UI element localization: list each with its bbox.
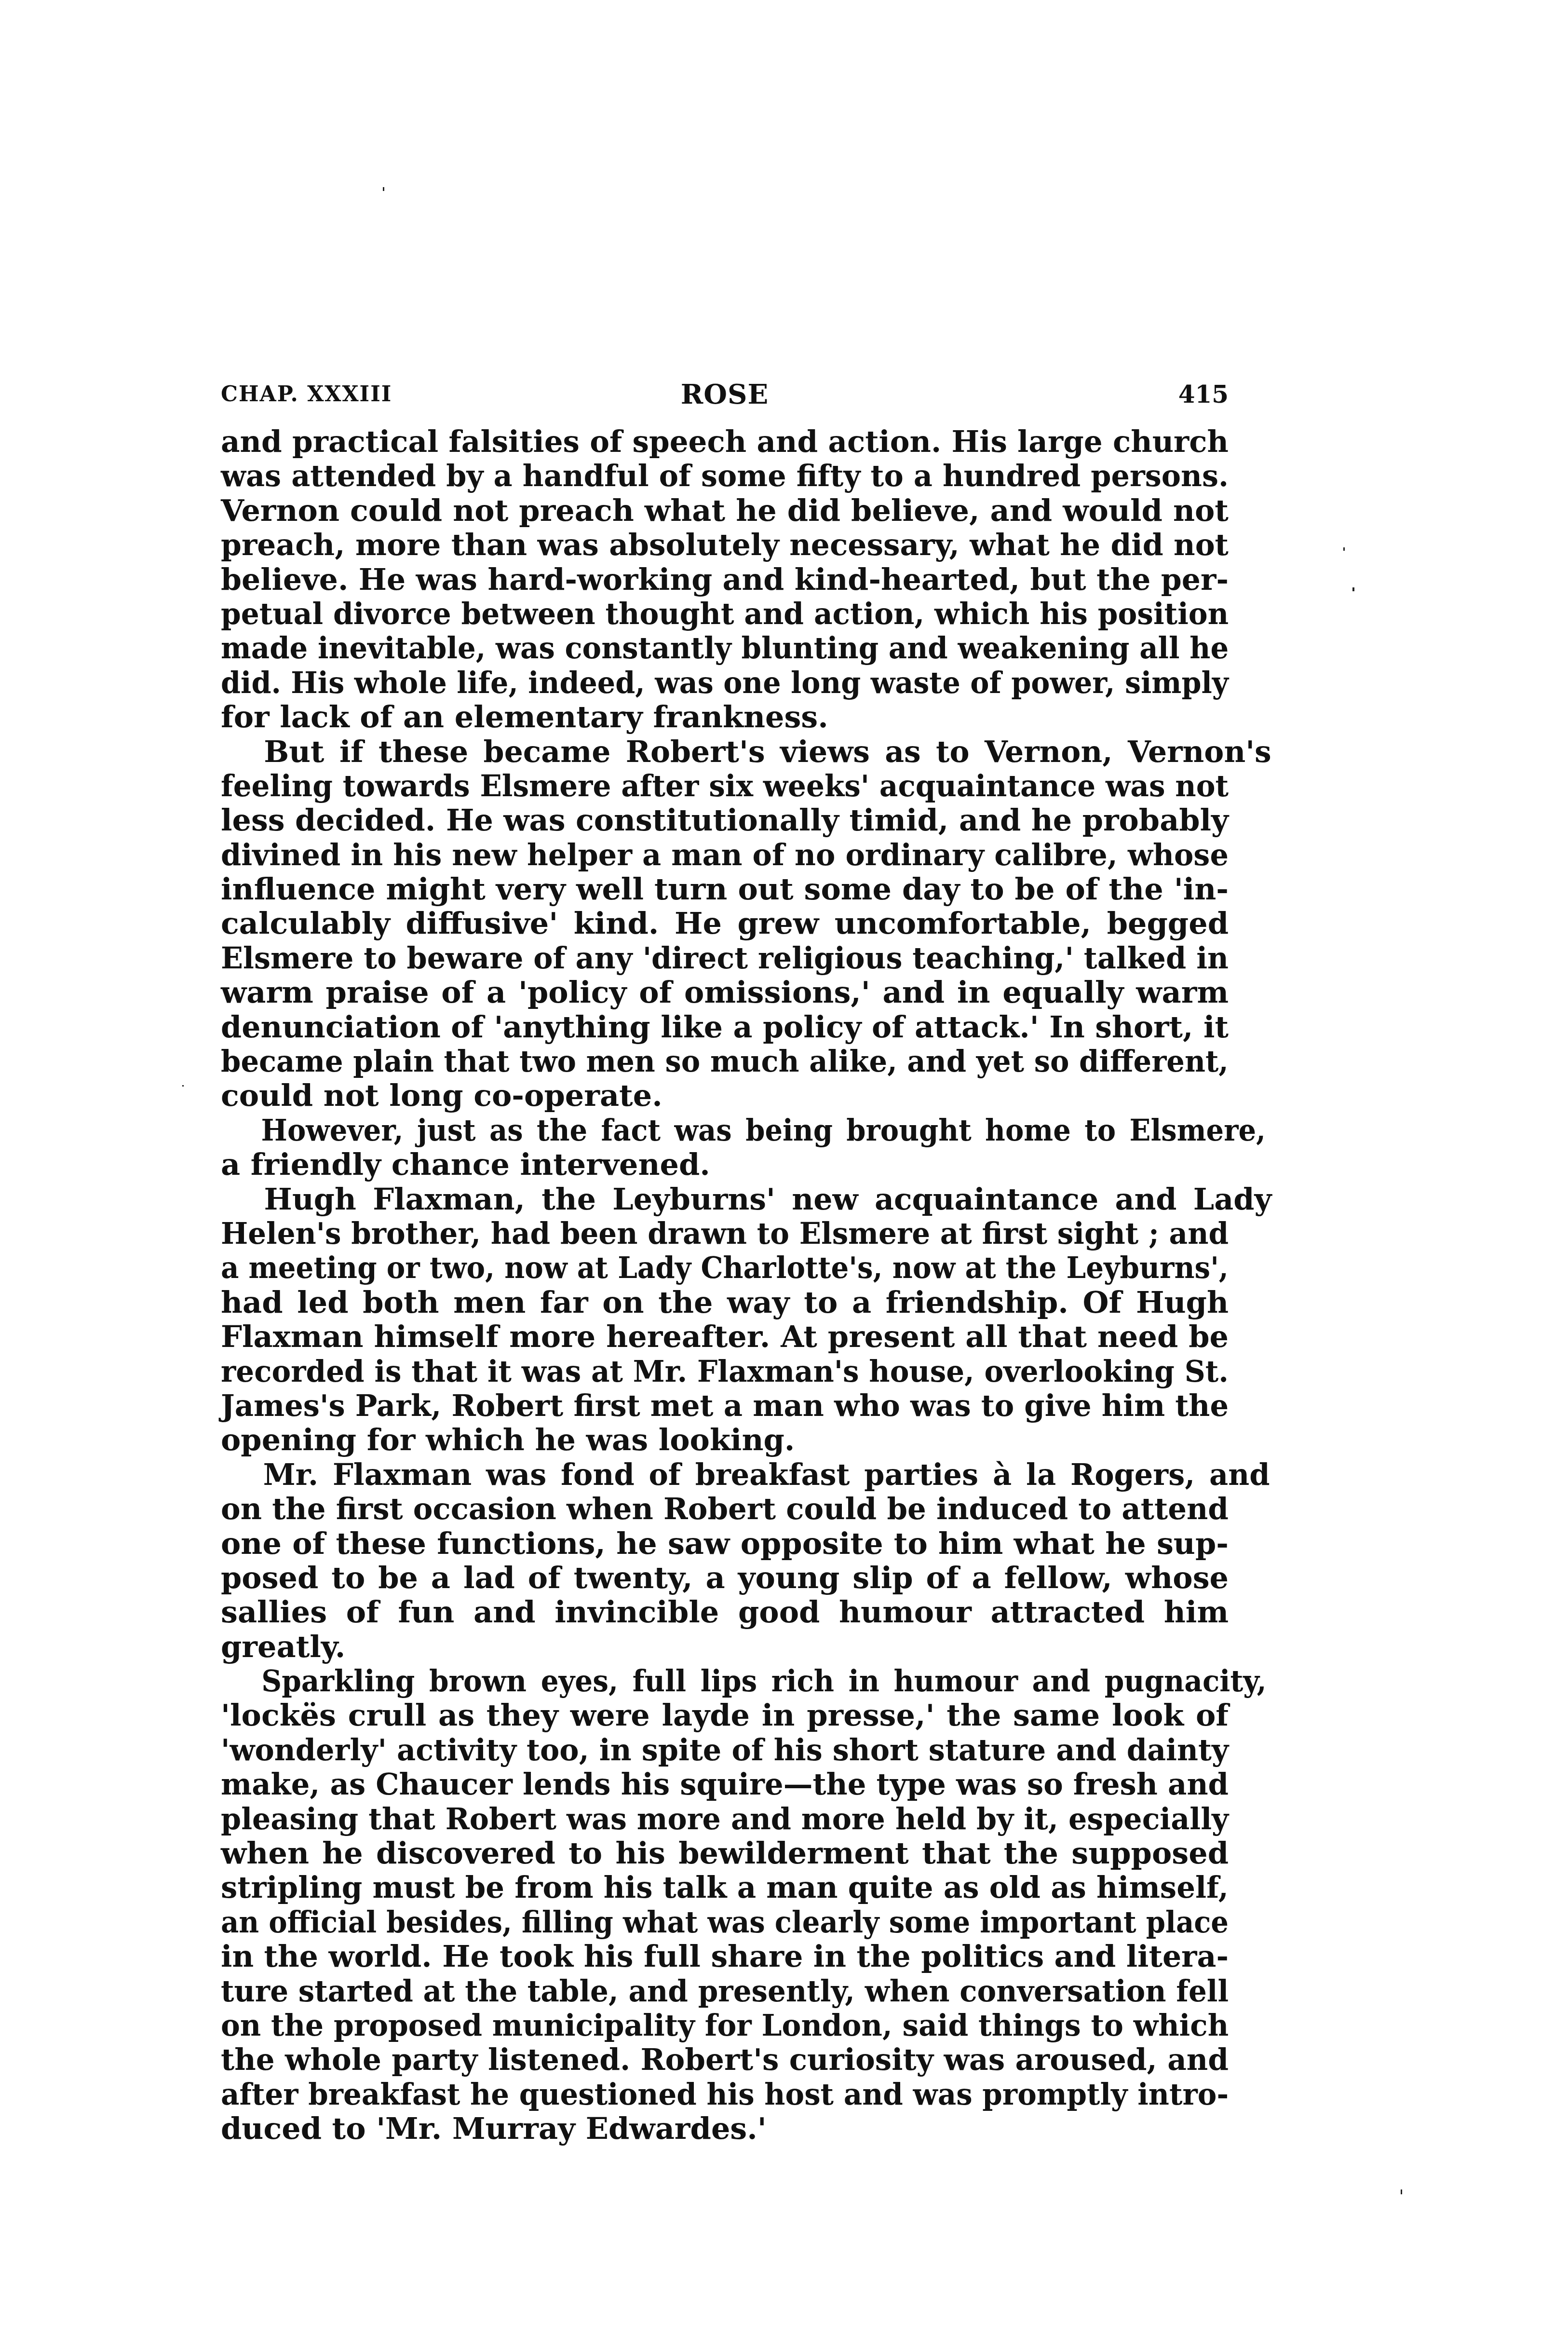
scan-speck — [1343, 547, 1345, 551]
text-line: opening for which he was looking. — [221, 1423, 1229, 1457]
text-line: after breakfast he questioned his host a… — [221, 2077, 1229, 2111]
text-line: feeling towards Elsmere after six weeks'… — [221, 769, 1229, 803]
text-line: less decided. He was constitutionally ti… — [221, 803, 1229, 837]
scan-speck — [383, 187, 384, 191]
text-line: the whole party listened. Robert's curio… — [221, 2042, 1229, 2077]
paragraph-p6: Sparkling brown eyes, full lips rich in … — [221, 1664, 1229, 2146]
text-line: influence might very well turn out some … — [221, 872, 1229, 906]
text-line: had led both men far on the way to a fri… — [221, 1285, 1229, 1319]
text-line: posed to be a lad of twenty, a young sli… — [221, 1561, 1229, 1595]
text-line: preach, more than was absolutely necessa… — [221, 528, 1229, 562]
scan-speck — [182, 1085, 184, 1087]
text-line: a friendly chance intervened. — [221, 1147, 1229, 1182]
text-line: was attended by a handful of some fifty … — [221, 459, 1229, 493]
text-line: duced to 'Mr. Murray Edwardes.' — [221, 2111, 1229, 2146]
paragraph-p4: Hugh Flaxman, the Leyburns' new acquaint… — [221, 1182, 1229, 1457]
text-line: Flaxman himself more hereafter. At prese… — [221, 1319, 1229, 1354]
text-line: stripling must be from his talk a man qu… — [221, 1870, 1229, 1904]
text-line: a meeting or two, now at Lady Charlotte'… — [221, 1251, 1229, 1285]
running-title: ROSE — [221, 375, 1229, 414]
text-line: and practical falsities of speech and ac… — [221, 424, 1229, 459]
body-text: and practical falsities of speech and ac… — [221, 424, 1229, 2146]
text-line: make, as Chaucer lends his squire—the ty… — [221, 1767, 1229, 1801]
paragraph-p3: However, just as the fact was being brou… — [221, 1113, 1229, 1182]
text-line: on the proposed municipality for London,… — [221, 2008, 1229, 2042]
text-line: 'wonderly' activity too, in spite of his… — [221, 1733, 1229, 1767]
text-line: warm praise of a 'policy of omissions,' … — [221, 975, 1229, 1009]
text-line: recorded is that it was at Mr. Flaxman's… — [221, 1354, 1229, 1388]
text-line: when he discovered to his bewilderment t… — [221, 1836, 1229, 1870]
text-line: greatly. — [221, 1630, 1229, 1664]
text-line: one of these functions, he saw opposite … — [221, 1526, 1229, 1561]
text-line: 'lockës crull as they were layde in pres… — [221, 1698, 1229, 1732]
text-line: believe. He was hard-working and kind-he… — [221, 562, 1229, 597]
text-line: calculably diffusive' kind. He grew unco… — [221, 906, 1229, 940]
text-line: an official besides, filling what was cl… — [221, 1905, 1229, 1939]
text-line: Hugh Flaxman, the Leyburns' new acquaint… — [221, 1182, 1271, 1216]
book-page: CHAP. XXXIII ROSE 415 and practical fals… — [0, 0, 1568, 2352]
text-line: became plain that two men so much alike,… — [221, 1044, 1229, 1078]
text-line: James's Park, Robert first met a man who… — [221, 1388, 1229, 1423]
paragraph-p1: and practical falsities of speech and ac… — [221, 424, 1229, 734]
text-line: Sparkling brown eyes, full lips rich in … — [221, 1664, 1267, 1698]
text-line: Mr. Flaxman was fond of breakfast partie… — [221, 1457, 1270, 1492]
text-line: sallies of fun and invincible good humou… — [221, 1595, 1229, 1629]
scan-speck — [1352, 587, 1354, 591]
text-line: could not long co-operate. — [221, 1078, 1229, 1113]
text-line: Vernon could not preach what he did beli… — [221, 493, 1229, 528]
running-head: CHAP. XXXIII ROSE 415 — [221, 375, 1229, 414]
text-line: made inevitable, was constantly blunting… — [221, 631, 1229, 665]
text-line: Helen's brother, had been drawn to Elsme… — [221, 1216, 1229, 1251]
text-line: petual divorce between thought and actio… — [221, 597, 1229, 631]
text-line: denunciation of 'anything like a policy … — [221, 1010, 1229, 1044]
paragraph-p2: But if these became Robert's views as to… — [221, 734, 1229, 1113]
text-line: for lack of an elementary frankness. — [221, 700, 1229, 734]
paragraph-p5: Mr. Flaxman was fond of breakfast partie… — [221, 1457, 1229, 1664]
scan-speck — [1401, 2189, 1402, 2194]
text-line: did. His whole life, indeed, was one lon… — [221, 666, 1229, 700]
text-line: pleasing that Robert was more and more h… — [221, 1802, 1229, 1836]
page-number: 415 — [1178, 375, 1229, 414]
text-line: ture started at the table, and presently… — [221, 1974, 1229, 2008]
text-line: However, just as the fact was being brou… — [221, 1113, 1266, 1147]
text-line: But if these became Robert's views as to… — [221, 734, 1271, 769]
text-line: divined in his new helper a man of no or… — [221, 838, 1229, 872]
text-line: in the world. He took his full share in … — [221, 1939, 1229, 1973]
text-line: Elsmere to beware of any 'direct religio… — [221, 941, 1229, 975]
text-line: on the first occasion when Robert could … — [221, 1492, 1229, 1526]
